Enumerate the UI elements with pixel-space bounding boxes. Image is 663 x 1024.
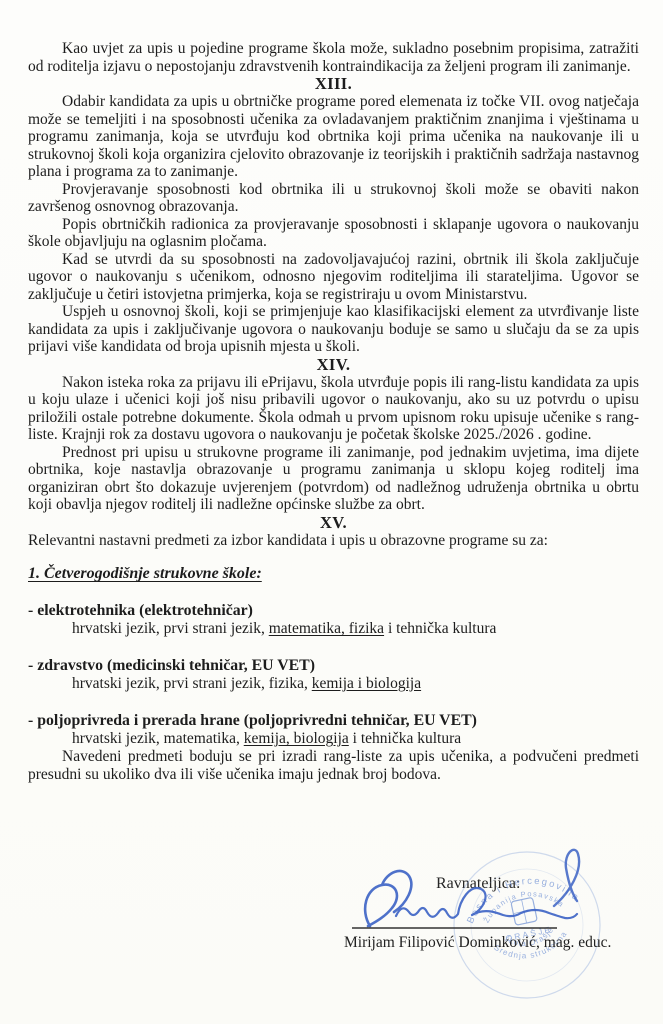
subjects-text: hrvatski jezik, prvi strani jezik,: [72, 620, 269, 637]
program-subjects: hrvatski jezik, matematika, kemija, biol…: [28, 730, 639, 748]
paragraph: Prednost pri upisu u strukovne programe …: [28, 444, 639, 514]
paragraph: Kad se utvrdi da su sposobnosti na zadov…: [28, 251, 639, 304]
intro-paragraph: Kao uvjet za upis u pojedine programe šk…: [28, 40, 639, 75]
subjects-text: i tehnička kultura: [384, 620, 496, 637]
section-heading-xv: XV.: [28, 514, 639, 532]
list-heading-strukovne-skole: 1. Četverogodišnje strukovne škole:: [28, 565, 639, 583]
paragraph: Uspjeh u osnovnoj školi, koji se primjen…: [28, 303, 639, 356]
section-heading-xiii: XIII.: [28, 75, 639, 93]
document-body: Kao uvjet za upis u pojedine programe šk…: [28, 40, 639, 783]
subjects-underlined: matematika, fizika: [269, 620, 384, 637]
paragraph: Odabir kandidata za upis u obrtničke pro…: [28, 93, 639, 181]
program-title-poljoprivreda: - poljoprivreda i prerada hrane (poljopr…: [28, 712, 639, 730]
scanned-document-page: Kao uvjet za upis u pojedine programe šk…: [0, 0, 663, 1024]
subjects-text: hrvatski jezik, matematika,: [72, 730, 244, 747]
signature-and-stamp-area: Bosna i Hercegovina Županija Posavska Sr…: [330, 838, 663, 1024]
paragraph: Provjeravanje sposobnosti kod obrtnika i…: [28, 181, 639, 216]
closing-paragraph: Navedeni predmeti boduju se pri izradi r…: [28, 748, 639, 783]
subjects-text: i tehnička kultura: [349, 730, 461, 747]
subjects-underlined: kemija, biologija: [244, 730, 349, 747]
program-subjects: hrvatski jezik, prvi strani jezik, fizik…: [28, 675, 639, 693]
paragraph: Popis obrtničkih radionica za provjerava…: [28, 216, 639, 251]
program-title-elektrotehnika: - elektrotehnika (elektrotehničar): [28, 602, 639, 620]
program-subjects: hrvatski jezik, prvi strani jezik, matem…: [28, 620, 639, 638]
school-stamp-icon: Bosna i Hercegovina Županija Posavska Sr…: [440, 838, 613, 1011]
paragraph: Relevantni nastavni predmeti za izbor ka…: [28, 532, 639, 550]
program-title-zdravstvo: - zdravstvo (medicinski tehničar, EU VET…: [28, 657, 639, 675]
subjects-text: hrvatski jezik, prvi strani jezik, fizik…: [72, 675, 312, 692]
section-heading-xiv: XIV.: [28, 356, 639, 374]
paragraph: Nakon isteka roka za prijavu ili ePrijav…: [28, 374, 639, 444]
subjects-underlined: kemija i biologija: [312, 675, 421, 692]
signature-name: Mirijam Filipović Dominković, mag. educ.: [344, 934, 611, 952]
